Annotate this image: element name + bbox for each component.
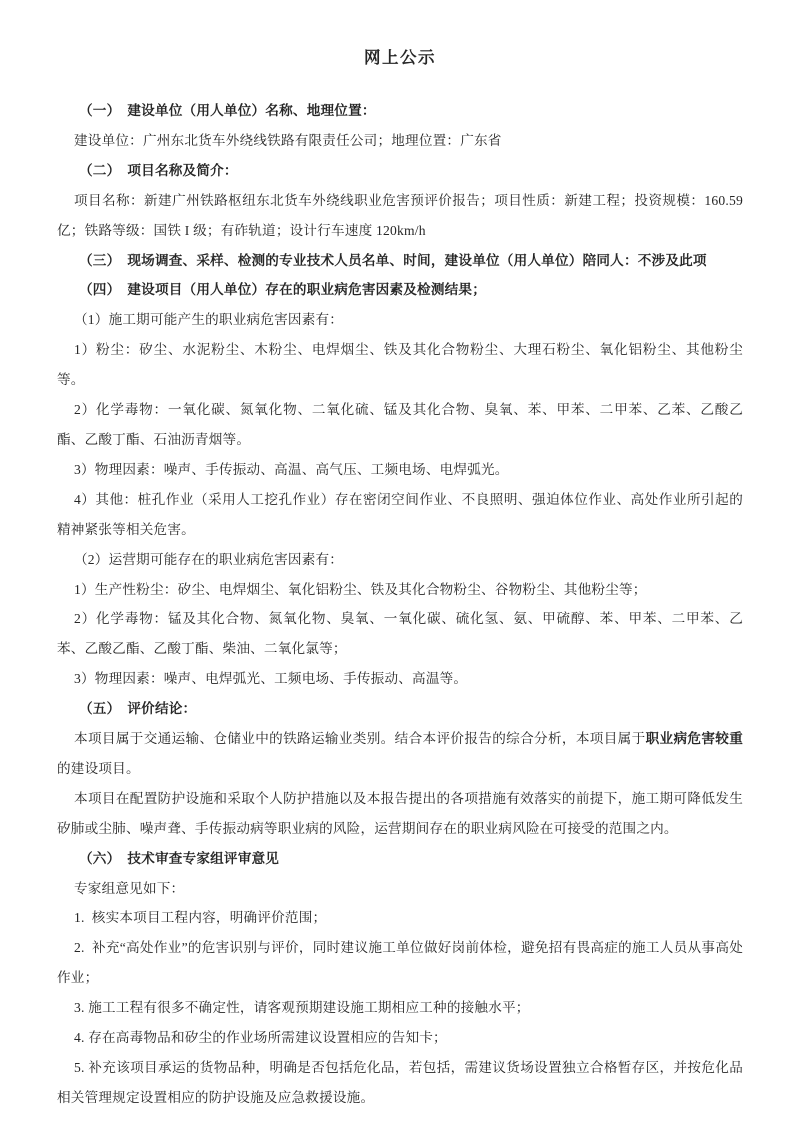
section-5-heading: （五） 评价结论： bbox=[57, 694, 743, 724]
paragraph-construction-physical: 3）物理因素：噪声、手传振动、高温、高气压、工频电场、电焊弧光。 bbox=[57, 455, 743, 485]
conclusion-text-post: 的建设项目。 bbox=[57, 761, 140, 776]
paragraph-expert-item-3: 3. 施工工程有很多不确定性，请客观预期建设施工期相应工种的接触水平； bbox=[57, 993, 743, 1023]
paragraph-operation-physical: 3）物理因素：噪声、电焊弧光、工频电场、手传振动、高温等。 bbox=[57, 664, 743, 694]
conclusion-text-emphasis: 职业病危害较重 bbox=[646, 731, 743, 746]
paragraph-expert-item-1: 1. 核实本项目工程内容，明确评价范围； bbox=[57, 903, 743, 933]
paragraph-expert-intro: 专家组意见如下： bbox=[57, 874, 743, 904]
section-3-heading: （三） 现场调查、采样、检测的专业技术人员名单、时间，建设单位（用人单位）陪同人… bbox=[57, 246, 743, 276]
paragraph-operation-dust: 1）生产性粉尘：矽尘、电焊烟尘、氧化铝粉尘、铁及其化合物粉尘、谷物粉尘、其他粉尘… bbox=[57, 575, 743, 605]
section-6-heading: （六） 技术审查专家组评审意见 bbox=[57, 844, 743, 874]
section-2-heading: （二） 项目名称及简介： bbox=[57, 156, 743, 186]
section-2-paragraph-project-info: 项目名称：新建广州铁路枢纽东北货车外绕线职业危害预评价报告；项目性质：新建工程；… bbox=[57, 186, 743, 246]
paragraph-expert-item-5: 5. 补充该项目承运的货物品种，明确是否包括危化品，若包括，需建议货场设置独立合… bbox=[57, 1053, 743, 1113]
document-title: 网上公示 bbox=[57, 47, 743, 69]
section-4-heading: （四） 建设项目（用人单位）存在的职业病危害因素及检测结果； bbox=[57, 275, 743, 305]
paragraph-construction-other: 4）其他：桩孔作业（采用人工挖孔作业）存在密闭空间作业、不良照明、强迫体位作业、… bbox=[57, 485, 743, 545]
document-page: 网上公示 （一） 建设单位（用人单位）名称、地理位置： 建设单位：广州东北货车外… bbox=[0, 0, 800, 1131]
paragraph-construction-chemicals: 2）化学毒物：一氧化碳、氮氧化物、二氧化硫、锰及其化合物、臭氧、苯、甲苯、二甲苯… bbox=[57, 395, 743, 455]
paragraph-conclusion-category: 本项目属于交通运输、仓储业中的铁路运输业类别。结合本评价报告的综合分析，本项目属… bbox=[57, 724, 743, 784]
paragraph-expert-item-4: 4. 存在高毒物品和矽尘的作业场所需建议设置相应的告知卡； bbox=[57, 1023, 743, 1053]
paragraph-operation-chemicals: 2）化学毒物：锰及其化合物、氮氧化物、臭氧、一氧化碳、硫化氢、氨、甲硫醇、苯、甲… bbox=[57, 604, 743, 664]
section-1-paragraph-construction-unit: 建设单位：广州东北货车外绕线铁路有限责任公司；地理位置：广东省 bbox=[57, 126, 743, 156]
section-1-heading: （一） 建设单位（用人单位）名称、地理位置： bbox=[57, 96, 743, 126]
paragraph-conclusion-risk: 本项目在配置防护设施和采取个人防护措施以及本报告提出的各项措施有效落实的前提下，… bbox=[57, 784, 743, 844]
paragraph-construction-period-intro: （1）施工期可能产生的职业病危害因素有： bbox=[57, 305, 743, 335]
paragraph-expert-item-2: 2. 补充“高处作业”的危害识别与评价，同时建议施工单位做好岗前体检，避免招有畏… bbox=[57, 933, 743, 993]
conclusion-text-pre: 本项目属于交通运输、仓储业中的铁路运输业类别。结合本评价报告的综合分析，本项目属… bbox=[74, 731, 646, 746]
paragraph-operation-period-intro: （2）运营期可能存在的职业病危害因素有： bbox=[57, 545, 743, 575]
paragraph-construction-dust: 1）粉尘：矽尘、水泥粉尘、木粉尘、电焊烟尘、铁及其化合物粉尘、大理石粉尘、氧化铝… bbox=[57, 335, 743, 395]
